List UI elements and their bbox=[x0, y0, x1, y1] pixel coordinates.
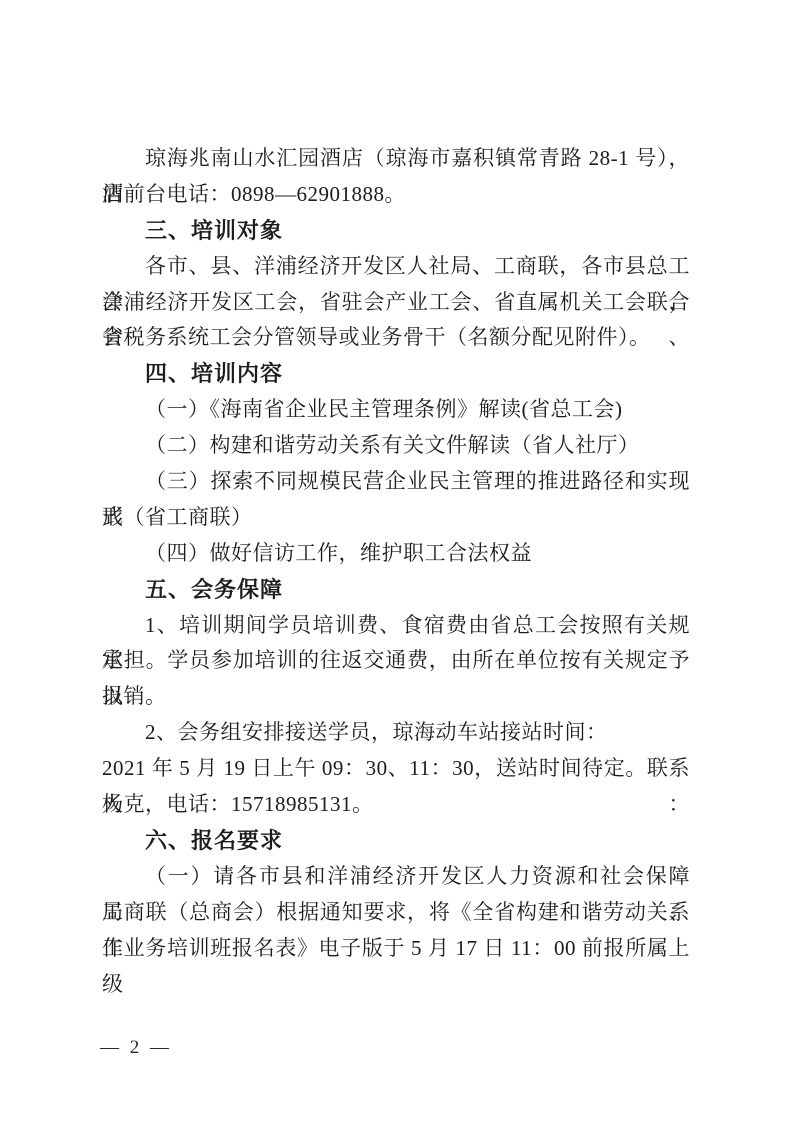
section-heading-6: 六、报名要求 bbox=[102, 823, 690, 859]
page-number: — 2 — bbox=[100, 1034, 172, 1062]
paragraph-line: 省税务系统工会分管领导或业务骨干（名额分配见附件）。 bbox=[102, 320, 690, 356]
paragraph-line: 店前台电话：0898—62901888。 bbox=[102, 177, 690, 213]
paragraph-line: 2021 年 5 月 19 日上午 09：30、11：30，送站时间待定。联系人… bbox=[102, 751, 690, 787]
paragraph-line: （二）构建和谐劳动关系有关文件解读（省人社厅） bbox=[102, 428, 690, 464]
paragraph-line: 1、培训期间学员培训费、食宿费由省总工会按照有关规定 bbox=[102, 608, 690, 644]
paragraph-line: （一）《海南省企业民主管理条例》解读(省总工会) bbox=[102, 392, 690, 428]
paragraph-line: （四）做好信访工作，维护职工合法权益 bbox=[102, 536, 690, 572]
paragraph-line: 琼海兆南山水汇园酒店（琼海市嘉积镇常青路 28-1 号），酒 bbox=[102, 141, 690, 177]
paragraph-line: 作业务培训班报名表》电子版于 5 月 17 日 11：00 前报所属上级 bbox=[102, 931, 690, 967]
paragraph-line: 式（省工商联） bbox=[102, 500, 690, 536]
document-body: 琼海兆南山水汇园酒店（琼海市嘉积镇常青路 28-1 号），酒 店前台电话：089… bbox=[102, 141, 690, 966]
section-heading-4: 四、培训内容 bbox=[102, 356, 690, 392]
paragraph-line: 洋浦经济开发区工会，省驻会产业工会、省直属机关工会联合会、 bbox=[102, 285, 690, 321]
paragraph-line: 各市、县、洋浦经济开发区人社局、工商联，各市县总工会， bbox=[102, 249, 690, 285]
paragraph-line: 承担。学员参加培训的往返交通费，由所在单位按有关规定予以 bbox=[102, 643, 690, 679]
document-page: 琼海兆南山水汇园酒店（琼海市嘉积镇常青路 28-1 号），酒 店前台电话：089… bbox=[0, 0, 793, 1122]
paragraph-line: 报销。 bbox=[102, 679, 690, 715]
paragraph-line: 工商联（总商会）根据通知要求，将《全省构建和谐劳动关系工 bbox=[102, 895, 690, 931]
section-heading-5: 五、会务保障 bbox=[102, 572, 690, 608]
paragraph-line: （三）探索不同规模民营企业民主管理的推进路径和实现形 bbox=[102, 464, 690, 500]
section-heading-3: 三、培训对象 bbox=[102, 213, 690, 249]
paragraph-line: （一）请各市县和洋浦经济开发区人力资源和社会保障局、 bbox=[102, 859, 690, 895]
paragraph-line: 2、会务组安排接送学员，琼海动车站接站时间： bbox=[102, 715, 690, 751]
